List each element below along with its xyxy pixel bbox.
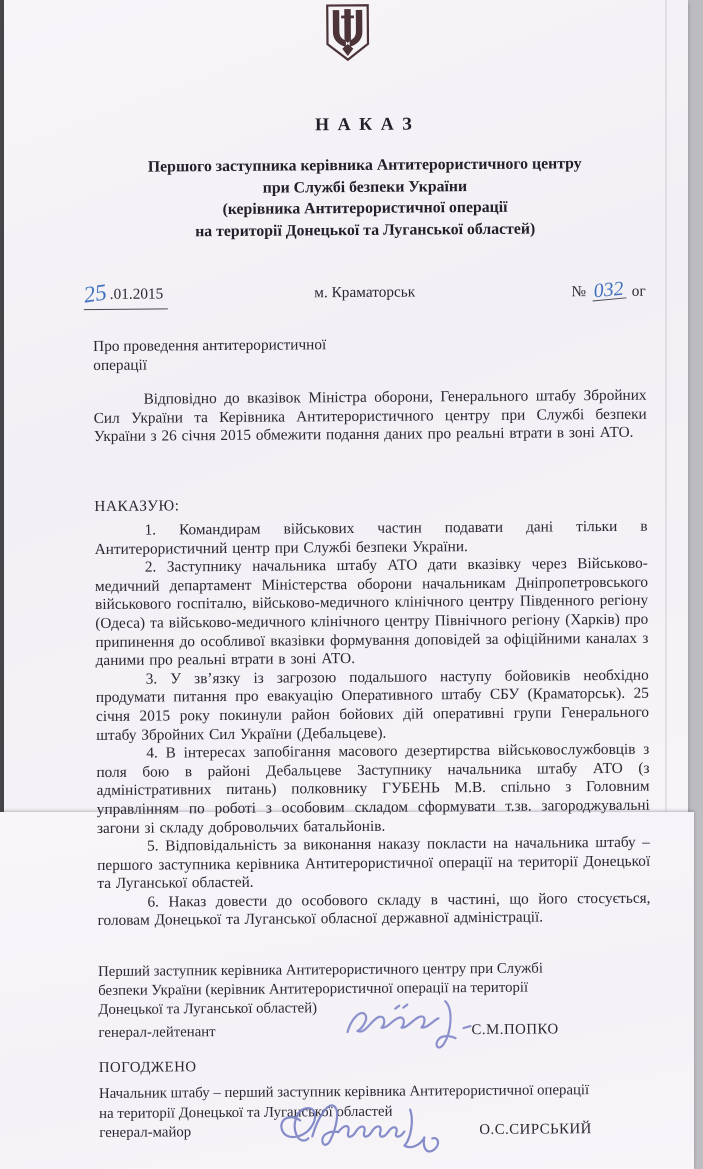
rank-name-row: генерал-лейтенант С.М.ПОПКО [98, 1020, 608, 1043]
order-item-2: 2. Заступнику начальника штабу АТО дати … [95, 555, 649, 671]
date-place-number-row: 25.01.2015 м. Краматорськ № 032 ог [84, 280, 646, 314]
place-label: м. Краматорськ [84, 282, 646, 304]
signatory-name: О.С.СИРСЬКИЙ [479, 1120, 592, 1140]
number-suffix: ог [632, 283, 646, 300]
rank-name-row: генерал-майор О.С.СИРСЬКИЙ [99, 1120, 664, 1143]
primary-signature-block: Перший заступник керівника Антитерористи… [98, 959, 609, 1043]
order-document: Н А К А З Першого заступника керівника А… [0, 0, 703, 1169]
title-line: на території Донецької та Луганської обл… [57, 217, 673, 243]
agreed-title-lines: Начальник штабу – перший заступник керів… [99, 1081, 664, 1124]
subject-line: операції [93, 353, 513, 375]
intro-paragraph: Відповідно до вказівок Міністра оборони,… [93, 387, 646, 447]
handwritten-order-number: 032 [591, 280, 627, 301]
rank-label: генерал-лейтенант [98, 1024, 215, 1041]
subject-block: Про проведення антитерористичної операці… [93, 335, 513, 375]
number-sign: № [571, 283, 586, 300]
agreed-label: ПОГОДЖЕНО [99, 1055, 664, 1078]
ukraine-trident-emblem-icon [324, 3, 370, 63]
order-items: 1. Командирам військових частин подавати… [94, 518, 650, 931]
order-item-3: 3. У зв’язку із загрозою подальшого наст… [96, 666, 650, 745]
order-title-block: Першого заступника керівника Антитерорис… [57, 152, 674, 243]
rank-label: генерал-майор [99, 1124, 191, 1141]
order-heading: Н А К А З [56, 111, 672, 137]
order-item-5: 5. Відповідальність за виконання наказу … [97, 834, 650, 894]
order-verb: НАКАЗУЮ: [94, 498, 179, 517]
signatory-title-line: Перший заступник керівника Антитерористи… [98, 959, 608, 982]
order-item-4: 4. В інтересах запобігання масового дезе… [96, 741, 650, 838]
agreed-block: ПОГОДЖЕНО Начальник штабу – перший засту… [99, 1055, 665, 1143]
order-item-6: 6. Наказ довести до особового складу в ч… [97, 890, 650, 932]
order-item-1: 1. Командирам військових частин подавати… [94, 518, 647, 560]
signatory-title-line: Донецької та Луганської областей) [98, 997, 608, 1020]
signatory-name: С.М.ПОПКО [471, 1020, 558, 1040]
order-number-field: № 032 ог [571, 282, 645, 302]
